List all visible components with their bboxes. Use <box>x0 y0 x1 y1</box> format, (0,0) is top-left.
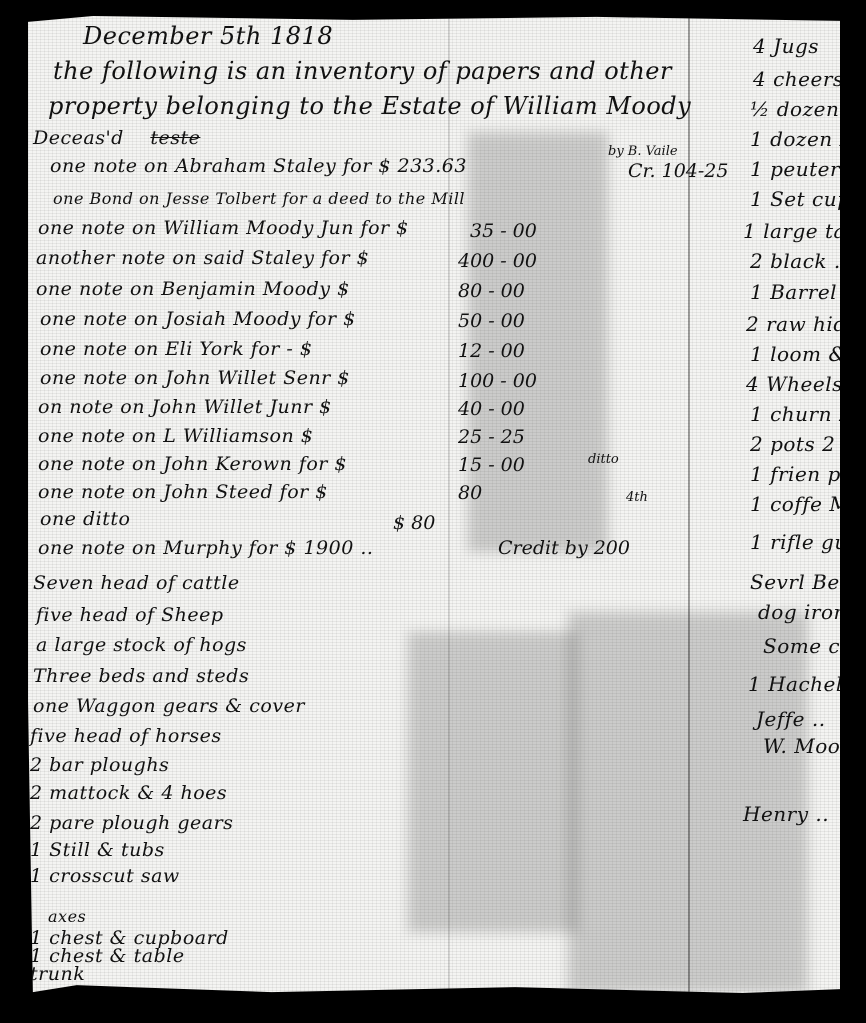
property-item: five head of Sheep <box>36 604 224 626</box>
note-amount: 50 - 00 <box>458 310 525 332</box>
property-item: dog irons <box>758 600 840 624</box>
property-item: Sevrl Bel.. <box>750 570 840 594</box>
note-amount: 25 - 25 <box>458 426 525 448</box>
note-annotation-top: by B. Vaile <box>608 144 678 159</box>
note-row: one note on Murphy for $ 1900 .. <box>38 537 373 559</box>
signature-line: W. Moo.. <box>763 734 840 758</box>
intro-line-3: Deceas'd teste <box>33 127 200 149</box>
property-item: 2 raw hide.. <box>746 312 840 336</box>
property-item: 1 Barrel .. <box>750 280 840 304</box>
property-item: ½ dozen pu.. <box>750 97 840 121</box>
signature-line: Henry .. <box>743 802 829 826</box>
property-item: 1 churn 2.. <box>750 402 840 426</box>
property-item: trunk <box>30 963 85 985</box>
note-row: one Bond on Jesse Tolbert for a deed to … <box>53 189 465 208</box>
property-item: 1 rifle gun.. <box>750 530 840 554</box>
property-item: 1 Hachel <box>748 672 840 696</box>
property-item: 1 Still & tubs <box>30 839 165 861</box>
note-row: one note on John Willet Senr $ <box>40 367 350 389</box>
property-item: Seven head of cattle <box>33 572 240 594</box>
property-item: 4 Wheels 2.. <box>746 372 840 396</box>
property-item: 4 Jugs <box>753 34 819 58</box>
note-annotation-top: 4th <box>626 490 648 505</box>
note-row: one note on Eli York for - $ <box>40 338 312 360</box>
note-row: one note on William Moody Jun for $ <box>38 217 409 239</box>
note-row: one note on John Kerown for $ <box>38 453 347 475</box>
property-item: a large stock of hogs <box>36 634 247 656</box>
note-annotation: ditto <box>588 452 619 467</box>
property-item: 2 black .. <box>750 249 840 273</box>
property-item: 1 coffe Mil.. <box>750 492 840 516</box>
intro-line-1: the following is an inventory of papers … <box>53 57 672 85</box>
note-amount: 80 <box>458 482 482 504</box>
note-row: on note on John Willet Junr $ <box>38 396 332 418</box>
struck-word: teste <box>150 127 200 149</box>
property-item: axes <box>48 907 86 926</box>
property-item: 2 pots 2 ov.. <box>750 432 840 456</box>
signature-line: Jeffe .. <box>756 707 826 731</box>
note-row: one note on L Williamson $ <box>38 425 313 447</box>
property-item: 1 dozen D.. <box>750 127 840 151</box>
note-amount: 12 - 00 <box>458 340 525 362</box>
property-item: 1 crosscut saw <box>30 865 180 887</box>
property-item: Some carp.. <box>763 634 840 658</box>
note-row: one ditto <box>40 508 130 530</box>
property-item: 1 frien pan.. <box>750 462 840 486</box>
property-item: 1 peuter D.. <box>750 157 840 181</box>
note-amount: $ 80 <box>393 512 435 534</box>
property-item: 4 cheers <box>753 67 840 91</box>
intro-line-2: property belonging to the Estate of Will… <box>48 92 691 120</box>
note-amount: 100 - 00 <box>458 370 537 392</box>
note-annotation: Credit by 200 <box>498 537 630 559</box>
note-row: one note on John Steed for $ <box>38 481 328 503</box>
note-amount: 35 - 00 <box>470 220 537 242</box>
property-item: Three beds and steds <box>33 665 249 687</box>
note-row: another note on said Staley for $ <box>36 247 369 269</box>
stain <box>408 632 578 932</box>
note-amount: 80 - 00 <box>458 280 525 302</box>
note-row: one note on Benjamin Moody $ <box>36 278 350 300</box>
note-annotation: Cr. 104-25 <box>628 160 728 182</box>
property-item: five head of horses <box>30 725 222 747</box>
property-item: 1 loom & .. <box>750 342 840 366</box>
property-item: one Waggon gears & cover <box>33 695 305 717</box>
document-date: December 5th 1818 <box>83 22 333 50</box>
property-item: 2 pare plough gears <box>30 812 233 834</box>
note-row: one note on Abraham Staley for $ 233.63 <box>50 155 467 177</box>
note-row: one note on Josiah Moody for $ <box>40 308 356 330</box>
property-item: 2 mattock & 4 hoes <box>30 782 227 804</box>
property-item: 1 large ta.. <box>743 219 840 243</box>
note-amount: 40 - 00 <box>458 398 525 420</box>
property-item: 1 Set cups.. <box>750 187 840 211</box>
document-page: December 5th 1818 the following is an in… <box>28 12 840 997</box>
property-item: 2 bar ploughs <box>30 754 169 776</box>
note-amount: 15 - 00 <box>458 454 525 476</box>
note-amount: 400 - 00 <box>458 250 537 272</box>
deceased-label: Deceas'd <box>33 127 124 149</box>
